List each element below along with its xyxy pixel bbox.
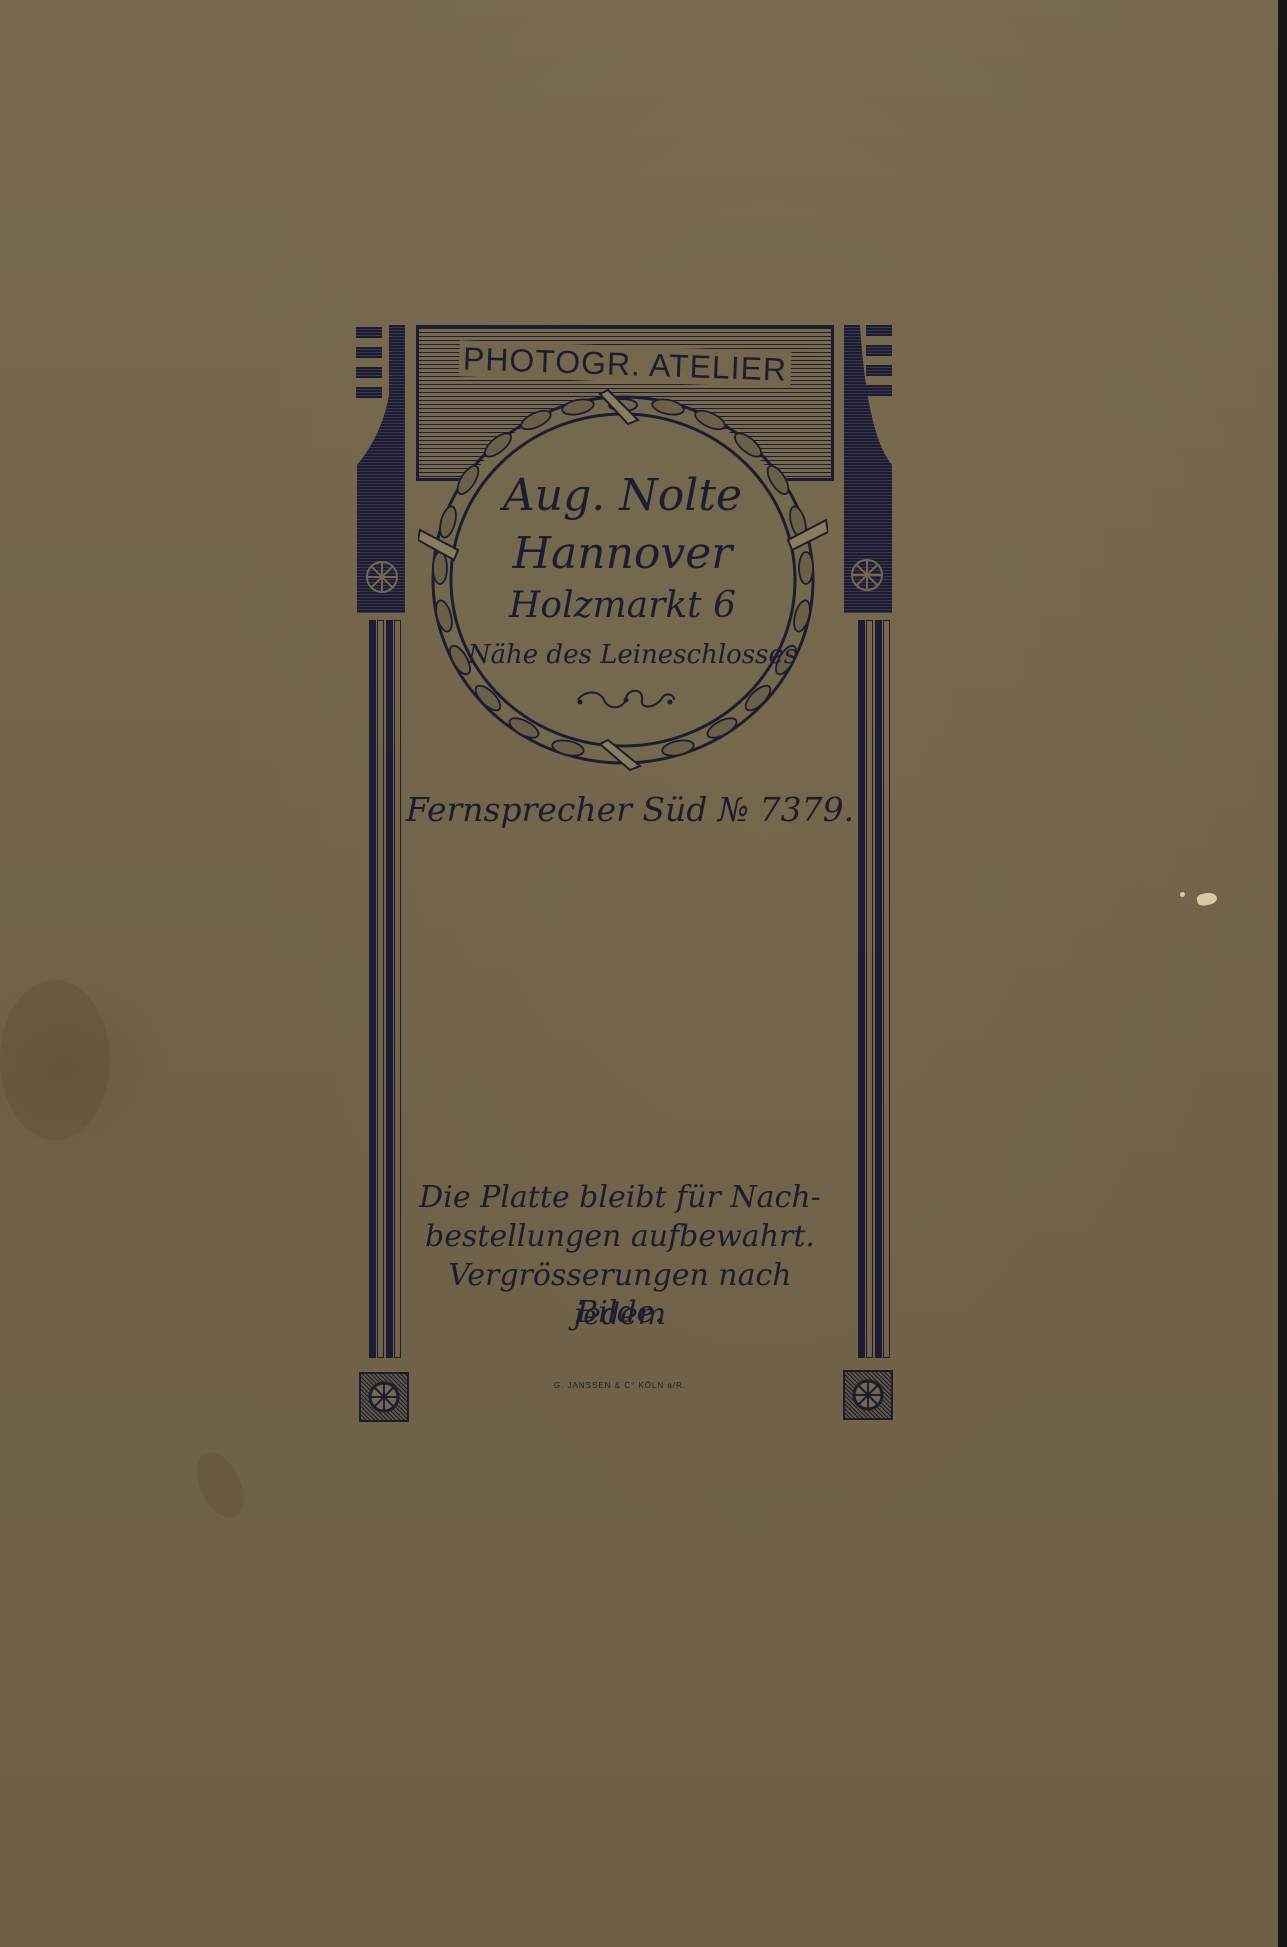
studio-name: Aug. Nolte — [430, 470, 815, 521]
notice-line-4: Bilde. — [400, 1293, 840, 1332]
studio-location-note: Nähe des Leineschlosses — [440, 640, 825, 670]
scan-edge — [1278, 0, 1287, 1947]
right-pillar-ornament — [842, 325, 892, 615]
studio-address: Holzmarkt 6 — [430, 585, 815, 626]
wheel-icon — [367, 562, 397, 592]
card-back: PHOTOGR. ATELIER — [0, 0, 1278, 1947]
age-stain — [0, 980, 110, 1140]
right-wheel-tile — [843, 1370, 893, 1420]
printer-imprint: G. JANSSEN & C° KÖLN a/R. — [500, 1381, 740, 1390]
wheel-icon — [845, 1372, 891, 1418]
wheel-icon — [361, 1374, 407, 1420]
wheel-icon — [852, 560, 882, 590]
telephone-line: Fernsprecher Süd № 7379. — [400, 790, 860, 829]
paper-damage-spot — [1196, 891, 1218, 906]
right-vertical-rods — [856, 620, 890, 1358]
scroll-flourish-icon — [570, 684, 680, 714]
paper-damage-spot — [1180, 892, 1185, 897]
left-wheel-tile — [359, 1372, 409, 1422]
notice-line-2: bestellungen aufbewahrt. — [400, 1217, 840, 1256]
left-vertical-rods — [367, 620, 401, 1358]
notice-line-1: Die Platte bleibt für Nach- — [400, 1178, 840, 1217]
age-stain — [187, 1445, 253, 1525]
studio-city: Hannover — [430, 528, 815, 579]
left-pillar-ornament — [357, 325, 407, 615]
